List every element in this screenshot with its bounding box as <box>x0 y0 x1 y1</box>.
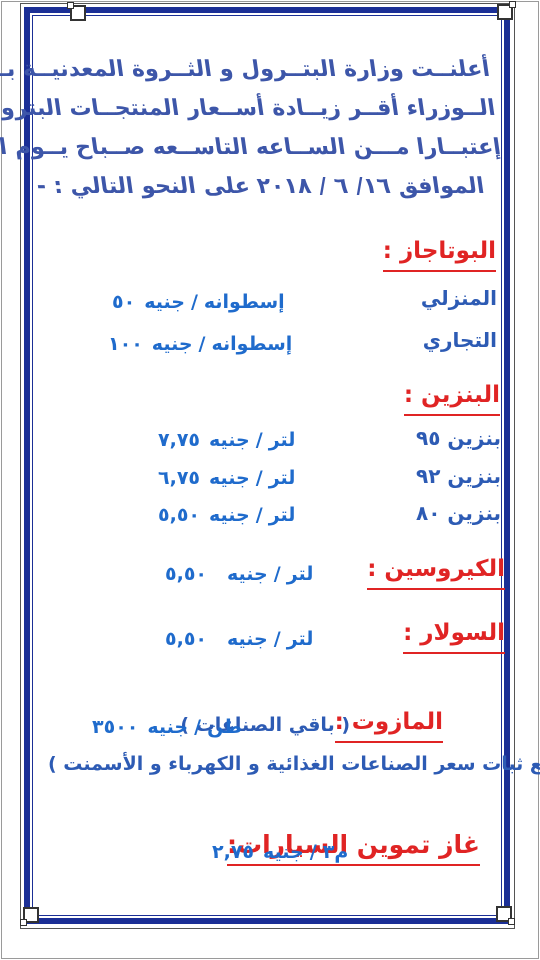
currency-label: جنيه <box>209 429 250 451</box>
slash-separator: / <box>194 716 201 738</box>
intro-paragraph: أعلنــت وزارة البتــرول و الثــروة المعد… <box>39 50 509 206</box>
price-unit: لتر <box>269 467 296 489</box>
price-benzine-95: ٧,٧٥ جنيه / لتر <box>158 429 295 451</box>
intro-line-3: إعتبــارا مـــن الســاعه التاســعه صــبا… <box>50 128 503 167</box>
price-amount: ١٠٠ <box>108 333 143 355</box>
price-kerosene: ٥,٥٠ جنيه / لتر <box>165 563 313 585</box>
row-label-commercial: التجاري <box>423 328 497 352</box>
price-domestic-cylinder: ٥٠ جنيه / إسطوانه <box>112 291 285 313</box>
section-heading-mazut: المازوت : <box>335 709 443 743</box>
slash-separator: / <box>191 291 198 313</box>
slash-separator: / <box>199 333 206 355</box>
intro-line-2: الــوزراء أقــر زيــادة أســعار المنتجــ… <box>45 89 498 128</box>
price-unit: لتر <box>287 563 314 585</box>
currency-label: جنيه <box>147 716 188 738</box>
corner-ornament-top-right <box>497 4 513 20</box>
price-benzine-92: ٦,٧٥ جنيه / لتر <box>158 467 295 489</box>
price-unit: طن <box>207 716 242 738</box>
slash-separator: / <box>274 628 281 650</box>
announcement-page: { "document": { "intro_lines": [ "أعلنــ… <box>0 0 540 960</box>
currency-label: جنيه <box>209 504 250 526</box>
price-amount: ٦,٧٥ <box>158 467 200 489</box>
price-unit: إسطوانه <box>204 291 285 313</box>
slash-separator: / <box>256 467 263 489</box>
price-unit: لتر <box>287 628 314 650</box>
price-car-gas: ٢,٧٥ جنيه / م٣ <box>212 841 348 863</box>
currency-label: جنيه <box>263 841 304 863</box>
intro-line-4: الموافق ١٦/ ٦ / ٢٠١٨ على النحو التالي : … <box>55 167 508 206</box>
corner-ornament-bottom-right <box>496 906 512 922</box>
price-amount: ٢,٧٥ <box>212 841 254 863</box>
price-mazut: ٣٥٠٠ جنيه / طن <box>92 716 242 738</box>
row-label-benzine-95: بنزين ٩٥ <box>416 426 501 450</box>
price-amount: ٥,٥٠ <box>165 563 207 585</box>
price-amount: ٥,٥٠ <box>158 504 200 526</box>
currency-label: جنيه <box>152 333 193 355</box>
price-amount: ٥٠ <box>112 291 135 313</box>
price-amount: ٣٥٠٠ <box>92 716 138 738</box>
price-unit: لتر <box>269 504 296 526</box>
slash-separator: / <box>310 841 317 863</box>
section-heading-solar: السولار : <box>403 620 505 654</box>
slash-separator: / <box>274 563 281 585</box>
corner-ornament-bottom-left <box>23 907 39 923</box>
price-unit: م٣ <box>323 841 349 863</box>
price-amount: ٥,٥٠ <box>165 628 207 650</box>
mazut-footnote: ( مع ثبات سعر الصناعات الغذائية و الكهرب… <box>48 753 540 775</box>
section-heading-butagas: البوتاجاز : <box>383 238 496 272</box>
currency-label: جنيه <box>209 467 250 489</box>
price-unit: إسطوانه <box>211 333 292 355</box>
corner-ornament-top-left <box>70 5 86 21</box>
currency-label: جنيه <box>144 291 185 313</box>
row-label-benzine-80: بنزين ٨٠ <box>416 501 501 525</box>
slash-separator: / <box>256 429 263 451</box>
section-heading-kerosene: الكيروسين : <box>367 556 505 590</box>
price-amount: ٧,٧٥ <box>158 429 200 451</box>
section-heading-benzine: البنزين : <box>404 382 500 416</box>
price-unit: لتر <box>269 429 296 451</box>
currency-label: جنيه <box>227 563 268 585</box>
row-label-benzine-92: بنزين ٩٢ <box>416 464 501 488</box>
price-benzine-80: ٥,٥٠ جنيه / لتر <box>158 504 295 526</box>
intro-line-1: أعلنــت وزارة البتــرول و الثــروة المعد… <box>39 50 492 89</box>
slash-separator: / <box>256 504 263 526</box>
price-commercial-cylinder: ١٠٠ جنيه / إسطوانه <box>108 333 292 355</box>
price-solar: ٥,٥٠ جنيه / لتر <box>165 628 313 650</box>
currency-label: جنيه <box>227 628 268 650</box>
row-label-domestic: المنزلي <box>421 286 497 310</box>
